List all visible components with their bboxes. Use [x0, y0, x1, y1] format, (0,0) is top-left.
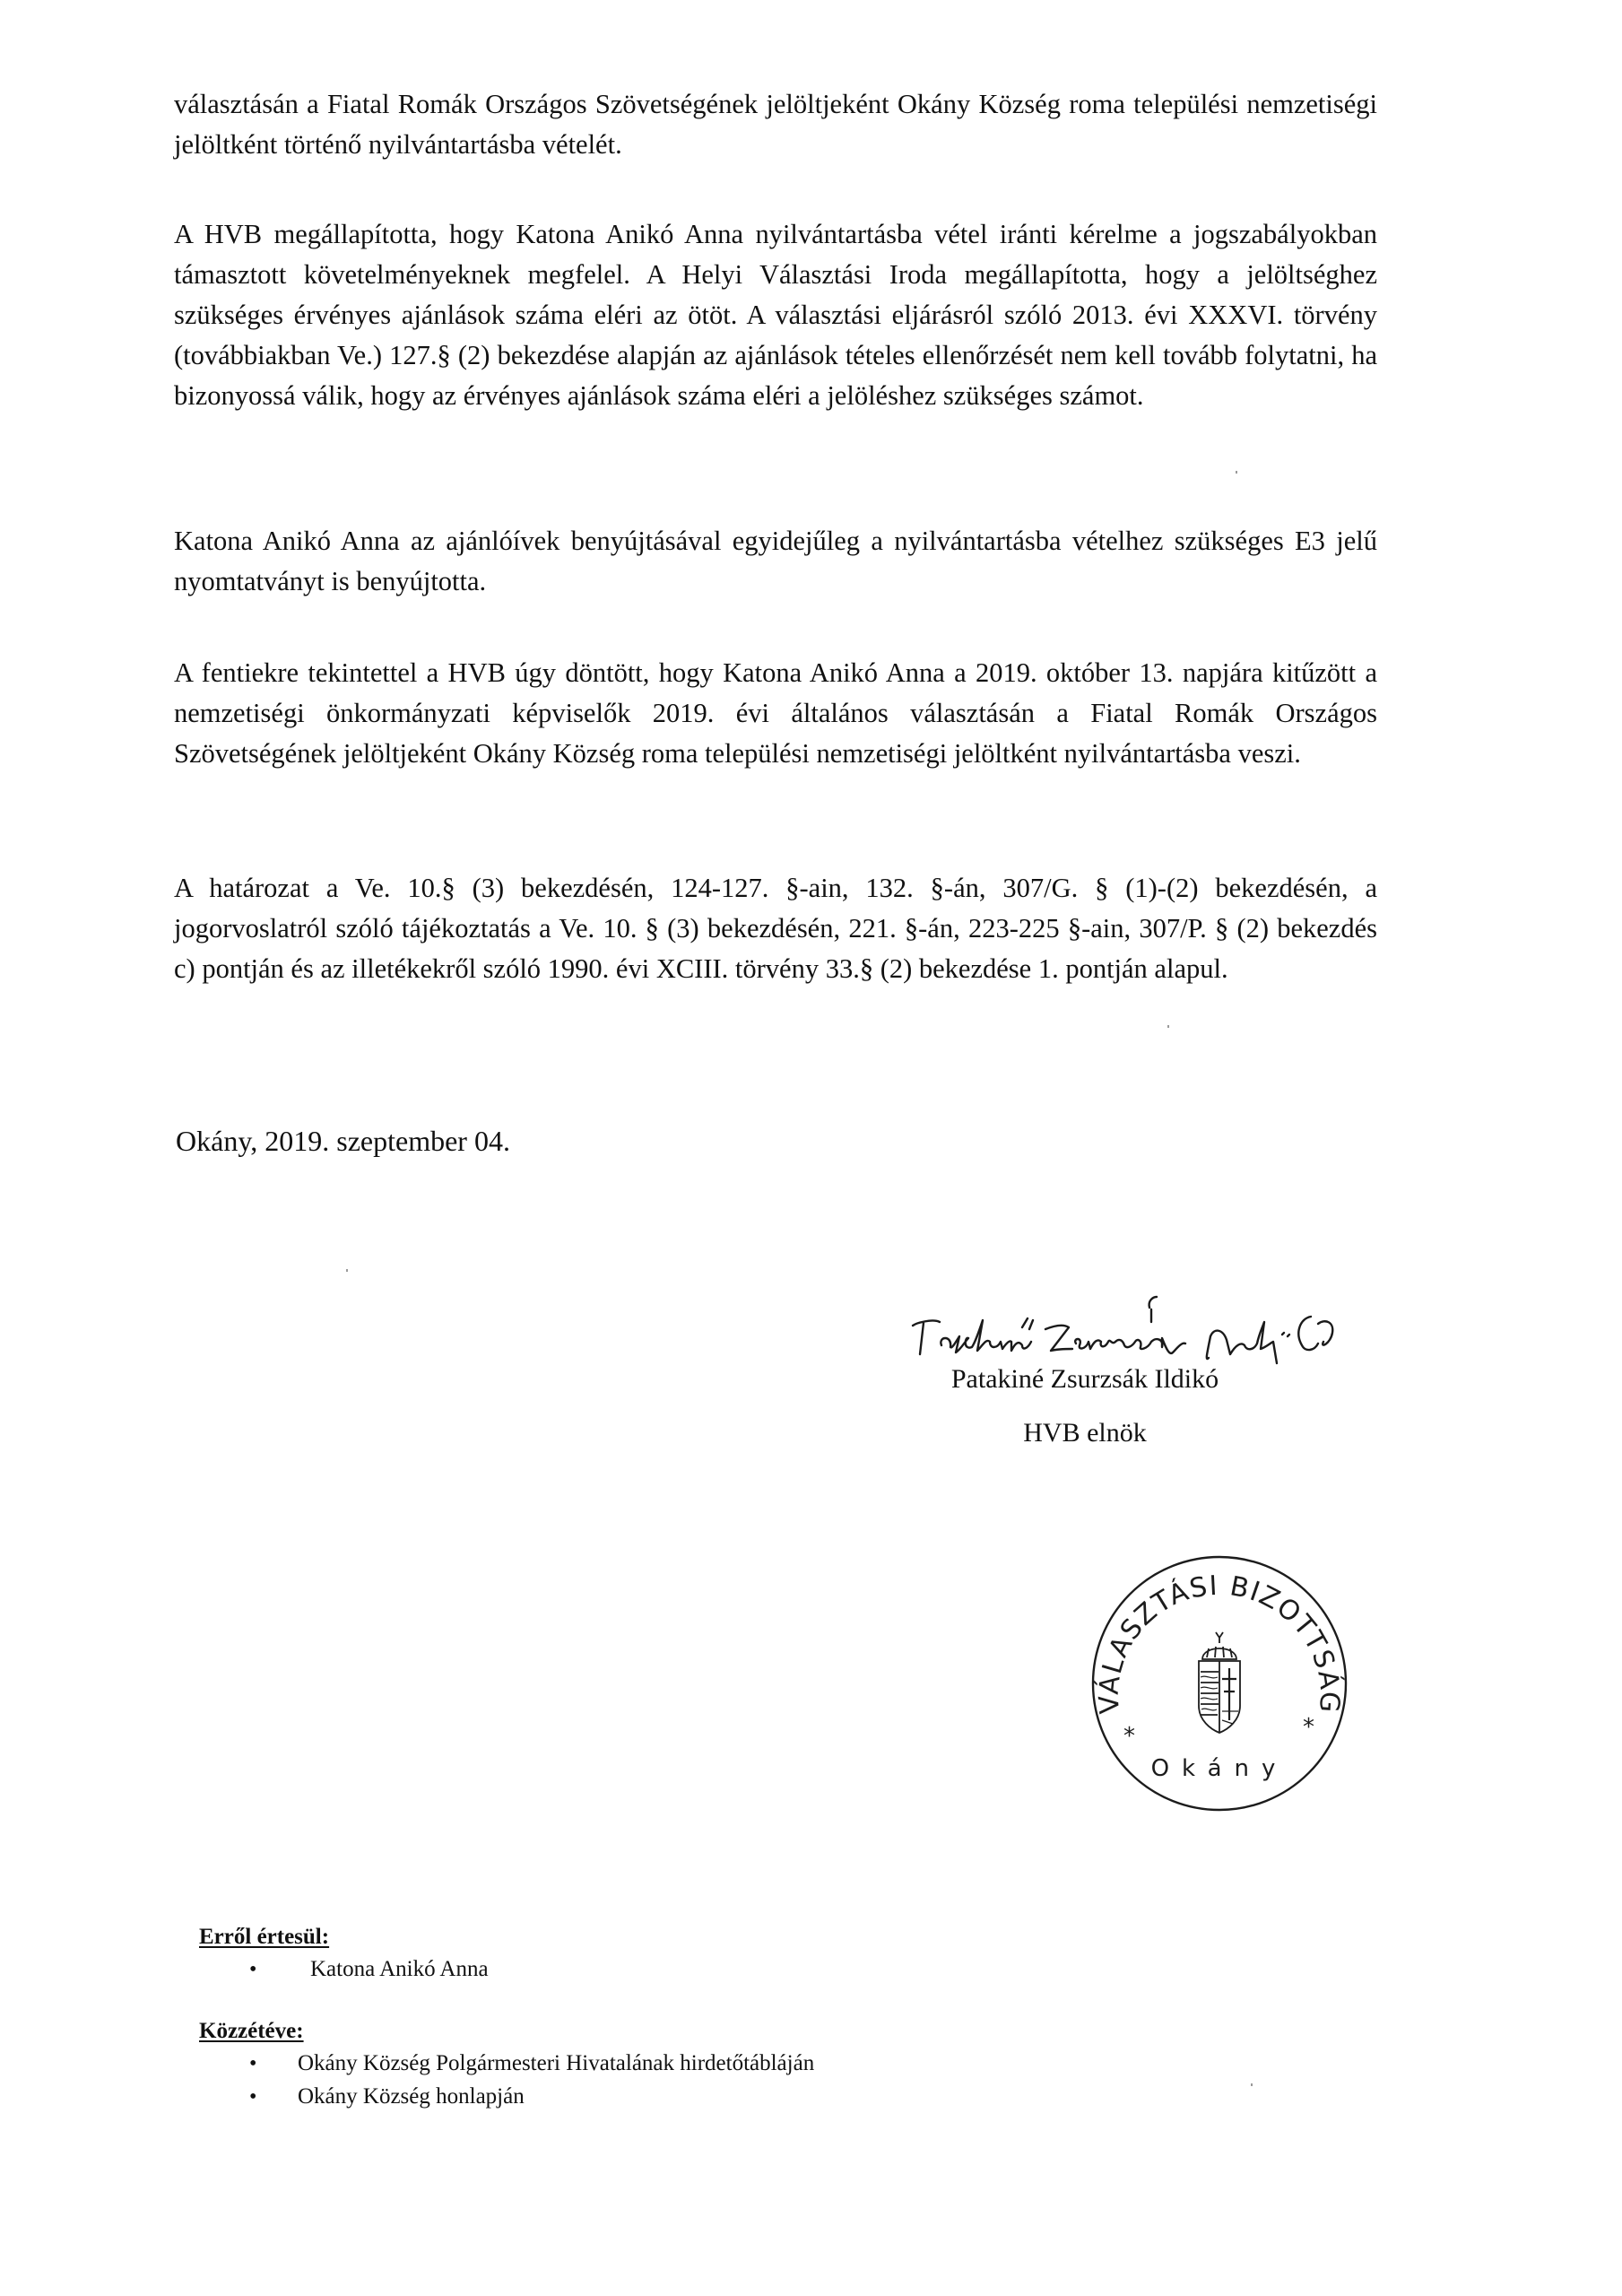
published-list-item: • Okány Község Polgármesteri Hivatalának…	[199, 2048, 814, 2081]
scan-speck	[1236, 471, 1237, 474]
published-item-text: Okány Község honlapján	[298, 2084, 525, 2109]
paragraph-e3-form: Katona Anikó Anna az ajánlóívek benyújtá…	[174, 521, 1377, 602]
published-heading: Közzétéve:	[199, 2015, 814, 2048]
paragraph-registration-intro: választásán a Fiatal Romák Országos Szöv…	[174, 84, 1377, 165]
published-item-text: Okány Község Polgármesteri Hivatalának h…	[298, 2051, 814, 2075]
scan-speck	[346, 1269, 348, 1272]
bullet-icon: •	[249, 2081, 256, 2114]
notified-heading: Erről értesül:	[199, 1921, 489, 1953]
notified-item-text: Katona Anikó Anna	[310, 1957, 489, 1981]
place-and-date: Okány, 2019. szeptember 04.	[176, 1121, 510, 1161]
bullet-icon: •	[249, 2048, 256, 2081]
stamp-town-text: Okány	[1151, 1755, 1288, 1782]
scan-speck	[1251, 2083, 1253, 2086]
published-list-item: • Okány Község honlapján	[199, 2081, 814, 2114]
official-stamp: VÁLASZTÁSI BIZOTTSÁG * * Okány	[1080, 1544, 1358, 1822]
hungarian-coat-of-arms-icon	[1199, 1632, 1240, 1733]
document-page: választásán a Fiatal Romák Országos Szöv…	[0, 0, 1622, 2296]
paragraph-decision: A fentiekre tekintettel a HVB úgy döntöt…	[174, 653, 1377, 774]
stamp-star-left: *	[1123, 1723, 1135, 1750]
notified-list-item: • Katona Anikó Anna	[199, 1953, 489, 1987]
bullet-icon: •	[249, 1953, 256, 1987]
paragraph-legal-basis: A határozat a Ve. 10.§ (3) bekezdésén, 1…	[174, 868, 1377, 989]
signer-title: HVB elnök	[897, 1415, 1273, 1451]
stamp-star-right: *	[1303, 1714, 1314, 1741]
published-section: Közzétéve: • Okány Község Polgármesteri …	[199, 2015, 814, 2113]
signer-name: Patakiné Zsurzsák Ildikó	[897, 1361, 1273, 1397]
scan-speck	[1167, 1025, 1169, 1028]
paragraph-hvb-findings: A HVB megállapította, hogy Katona Anikó …	[174, 214, 1377, 416]
notified-section: Erről értesül: • Katona Anikó Anna	[199, 1921, 489, 1987]
